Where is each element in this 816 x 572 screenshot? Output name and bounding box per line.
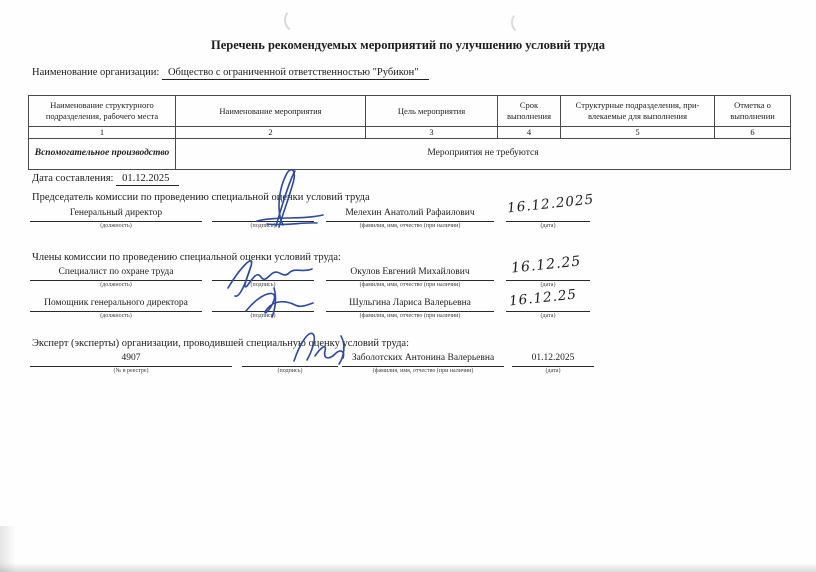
- expert-registry-cell: 4907 (№ в реестре): [30, 352, 232, 375]
- name-value: Заболотских Антонина Валерьевна: [342, 352, 504, 367]
- name-value: Мелехин Анатолий Рафаилович: [326, 207, 494, 222]
- organization-line: Наименование организации: Общество с огр…: [32, 67, 429, 78]
- chairman-name-cell: Мелехин Анатолий Рафаилович (фамилия, им…: [326, 207, 494, 230]
- measures-table: Наименование структурного подразделения,…: [28, 95, 791, 170]
- name-label: (фамилия, имя, отчество (при наличии): [326, 281, 494, 289]
- signature-line: [212, 266, 314, 281]
- expert-section-heading: Эксперт (эксперты) организации, проводив…: [32, 338, 409, 349]
- document-page: Перечень рекомендуемых мероприятий по ул…: [0, 0, 816, 572]
- scan-artifact-right-icon: [510, 10, 534, 35]
- col-number: 1: [29, 127, 176, 139]
- signature-label: (подпись): [212, 222, 314, 230]
- position-label: (должность): [30, 312, 202, 320]
- table-header-deadline: Срок выполнения: [498, 96, 561, 127]
- member2-signature-cell: (подпись): [212, 297, 314, 320]
- signature-line: [242, 352, 338, 367]
- name-label: (фамилия, имя, отчество (при наличии): [326, 222, 494, 230]
- name-label: (фамилия, имя, отчество (при наличии): [342, 367, 504, 375]
- expert-name-cell: Заболотских Антонина Валерьевна (фамилия…: [342, 352, 504, 375]
- date-label: (дата): [506, 281, 590, 289]
- signature-label: (подпись): [212, 281, 314, 289]
- name-value: Шульгина Лариса Валерьевна: [326, 297, 494, 312]
- table-header-mark: Отметка о выполнении: [715, 96, 791, 127]
- member1-name-cell: Окулов Евгений Михайлович (фамилия, имя,…: [326, 266, 494, 289]
- date-label: (дата): [506, 312, 590, 320]
- chairman-signature-cell: (подпись): [212, 207, 314, 230]
- position-value: Помощник генерального директора: [30, 297, 202, 312]
- expert-date-cell: 01.12.2025 (дата): [512, 352, 594, 375]
- signature-line: [212, 207, 314, 222]
- member1-signature-cell: (подпись): [212, 266, 314, 289]
- member2-name-cell: Шульгина Лариса Валерьевна (фамилия, имя…: [326, 297, 494, 320]
- col-number: 4: [498, 127, 561, 139]
- members-section-heading: Члены комиссии по проведению специальной…: [32, 252, 341, 263]
- organization-label: Наименование организации:: [32, 67, 159, 78]
- col-number: 6: [715, 127, 791, 139]
- position-label: (должность): [30, 222, 202, 230]
- chairman-position-cell: Генеральный директор (должность): [30, 207, 202, 230]
- table-header-involved: Структурные подразделения, при­влекаемые…: [561, 96, 715, 127]
- signature-label: (подпись): [242, 367, 338, 375]
- table-cell-department: Вспомогательное производ­ство: [29, 139, 176, 170]
- organization-value: Общество с ограниченной ответственностью…: [162, 67, 429, 80]
- compilation-date-line: Дата составления: 01.12.2025: [32, 173, 179, 184]
- table-header-row: Наименование структурного подразделения,…: [29, 96, 791, 127]
- scan-shadow-bottom: [0, 563, 816, 572]
- table-row: Вспомогательное производ­ство Мероприяти…: [29, 139, 791, 170]
- position-value: Генеральный директор: [30, 207, 202, 222]
- date-label: (дата): [512, 367, 594, 375]
- signature-label: (подпись): [212, 312, 314, 320]
- name-label: (фамилия, имя, отчество (при наличии): [326, 312, 494, 320]
- registry-number-label: (№ в реестре): [30, 367, 232, 375]
- name-value: Окулов Евгений Михайлович: [326, 266, 494, 281]
- compilation-date-label: Дата составления:: [32, 173, 113, 184]
- scan-artifact-left-icon: [282, 5, 311, 34]
- date-value: 01.12.2025: [512, 352, 594, 367]
- table-cell-measures: Мероприятия не требуются: [176, 139, 791, 170]
- member2-position-cell: Помощник генерального директора (должнос…: [30, 297, 202, 320]
- table-number-row: 1 2 3 4 5 6: [29, 127, 791, 139]
- date-label: (дата): [506, 222, 590, 230]
- position-value: Специалист по охране труда: [30, 266, 202, 281]
- col-number: 2: [176, 127, 366, 139]
- member1-position-cell: Специалист по охране труда (должность): [30, 266, 202, 289]
- position-label: (должность): [30, 281, 202, 289]
- chairman-section-heading: Председатель комиссии по проведению спец…: [32, 192, 370, 203]
- table-header-department: Наименование структурного подразделения,…: [29, 96, 176, 127]
- registry-number-value: 4907: [30, 352, 232, 367]
- document-title: Перечень рекомендуемых мероприятий по ул…: [0, 38, 816, 53]
- col-number: 3: [366, 127, 498, 139]
- compilation-date-value: 01.12.2025: [116, 173, 179, 186]
- table-header-measure: Наименование мероприятия: [176, 96, 366, 127]
- signature-line: [212, 297, 314, 312]
- expert-signature-cell: (подпись): [242, 352, 338, 375]
- col-number: 5: [561, 127, 715, 139]
- table-header-goal: Цель мероприятия: [366, 96, 498, 127]
